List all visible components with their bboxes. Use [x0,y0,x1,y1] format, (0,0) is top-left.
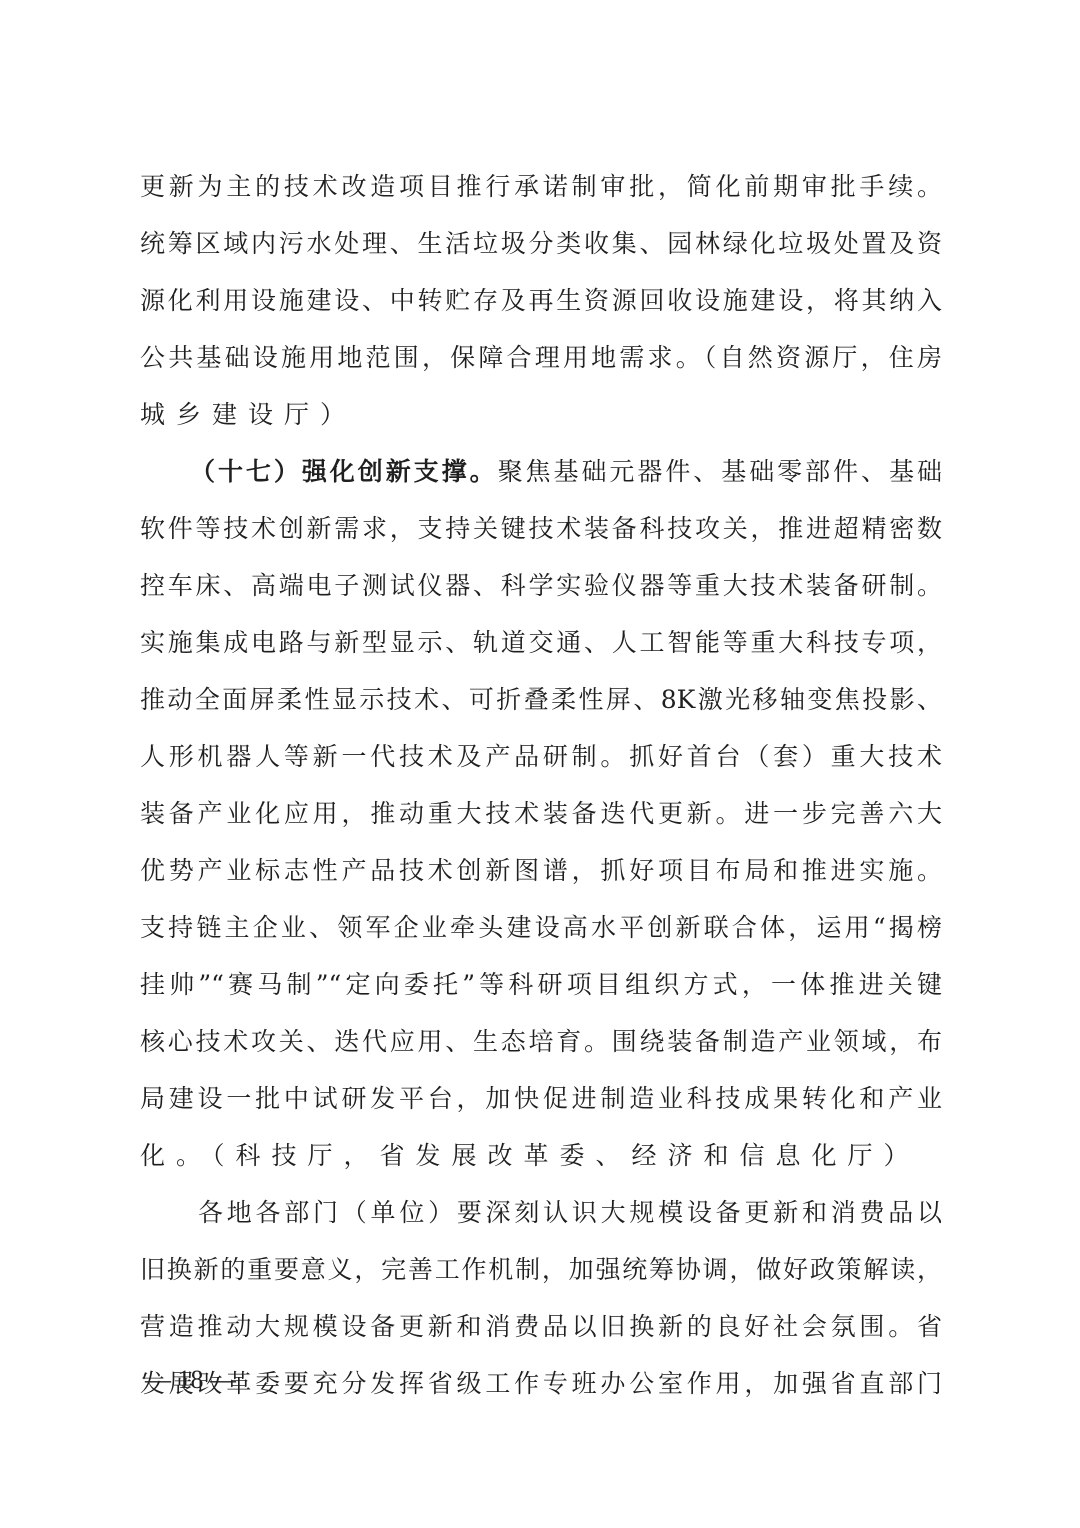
text-line-18: 化。（科技厅，省发展改革委、经济和信息化厅） [140,1127,942,1184]
text-line-9: 实施集成电路与新型显示、轨道交通、人工智能等重大科技专项， [140,614,942,671]
text-line-11: 人形机器人等新一代技术及产品研制。抓好首台（套）重大技术 [140,728,942,785]
text-line-13: 优势产业标志性产品技术创新图谱，抓好项目布局和推进实施。 [140,842,942,899]
text-line-12: 装备产业化应用，推动重大技术装备迭代更新。进一步完善六大 [140,785,942,842]
text-line-3: 源化利用设施建设、中转贮存及再生资源回收设施建设，将其纳入 [140,272,942,329]
document-page: 更新为主的技术改造项目推行承诺制审批，简化前期审批手续。 统筹区域内污水处理、生… [0,0,1080,1528]
text-line-15: 挂帅”“赛马制”“定向委托”等科研项目组织方式，一体推进关键 [140,956,942,1013]
section-17-heading: （十七）强化创新支撑。 [190,457,498,486]
text-line-1: 更新为主的技术改造项目推行承诺制审批，简化前期审批手续。 [140,158,942,215]
text-line-17: 局建设一批中试研发平台，加快促进制造业科技成果转化和产业 [140,1070,942,1127]
text-line-7: 软件等技术创新需求，支持关键技术装备科技攻关，推进超精密数 [140,500,942,557]
text-line-14: 支持链主企业、领军企业牵头建设高水平创新联合体，运用“揭榜 [140,899,942,956]
text-line-10: 推动全面屏柔性显示技术、可折叠柔性屏、8K激光移轴变焦投影、 [140,671,942,728]
section-17-first-line-text: 聚焦基础元器件、基础零部件、基础 [498,457,942,486]
body-text: 更新为主的技术改造项目推行承诺制审批，简化前期审批手续。 统筹区域内污水处理、生… [140,158,942,1412]
text-line-5: 城乡建设厅） [140,386,942,443]
text-line-21: 营造推动大规模设备更新和消费品以旧换新的良好社会氛围。省 [140,1298,942,1355]
page-number: — 18 — [145,1362,236,1398]
text-line-16: 核心技术攻关、迭代应用、生态培育。围绕装备制造产业领域，布 [140,1013,942,1070]
closing-paragraph-first-line: 各地各部门（单位）要深刻认识大规模设备更新和消费品以 [140,1184,942,1241]
text-line-20: 旧换新的重要意义，完善工作机制，加强统筹协调，做好政策解读， [140,1241,942,1298]
text-line-2: 统筹区域内污水处理、生活垃圾分类收集、园林绿化垃圾处置及资 [140,215,942,272]
text-line-22: 发展改革委要充分发挥省级工作专班办公室作用，加强省直部门 [140,1355,942,1412]
text-line-4: 公共基础设施用地范围，保障合理用地需求。（自然资源厅，住房 [140,329,942,386]
section-17-first-line: （十七）强化创新支撑。聚焦基础元器件、基础零部件、基础 [140,443,942,500]
text-line-8: 控车床、高端电子测试仪器、科学实验仪器等重大技术装备研制。 [140,557,942,614]
